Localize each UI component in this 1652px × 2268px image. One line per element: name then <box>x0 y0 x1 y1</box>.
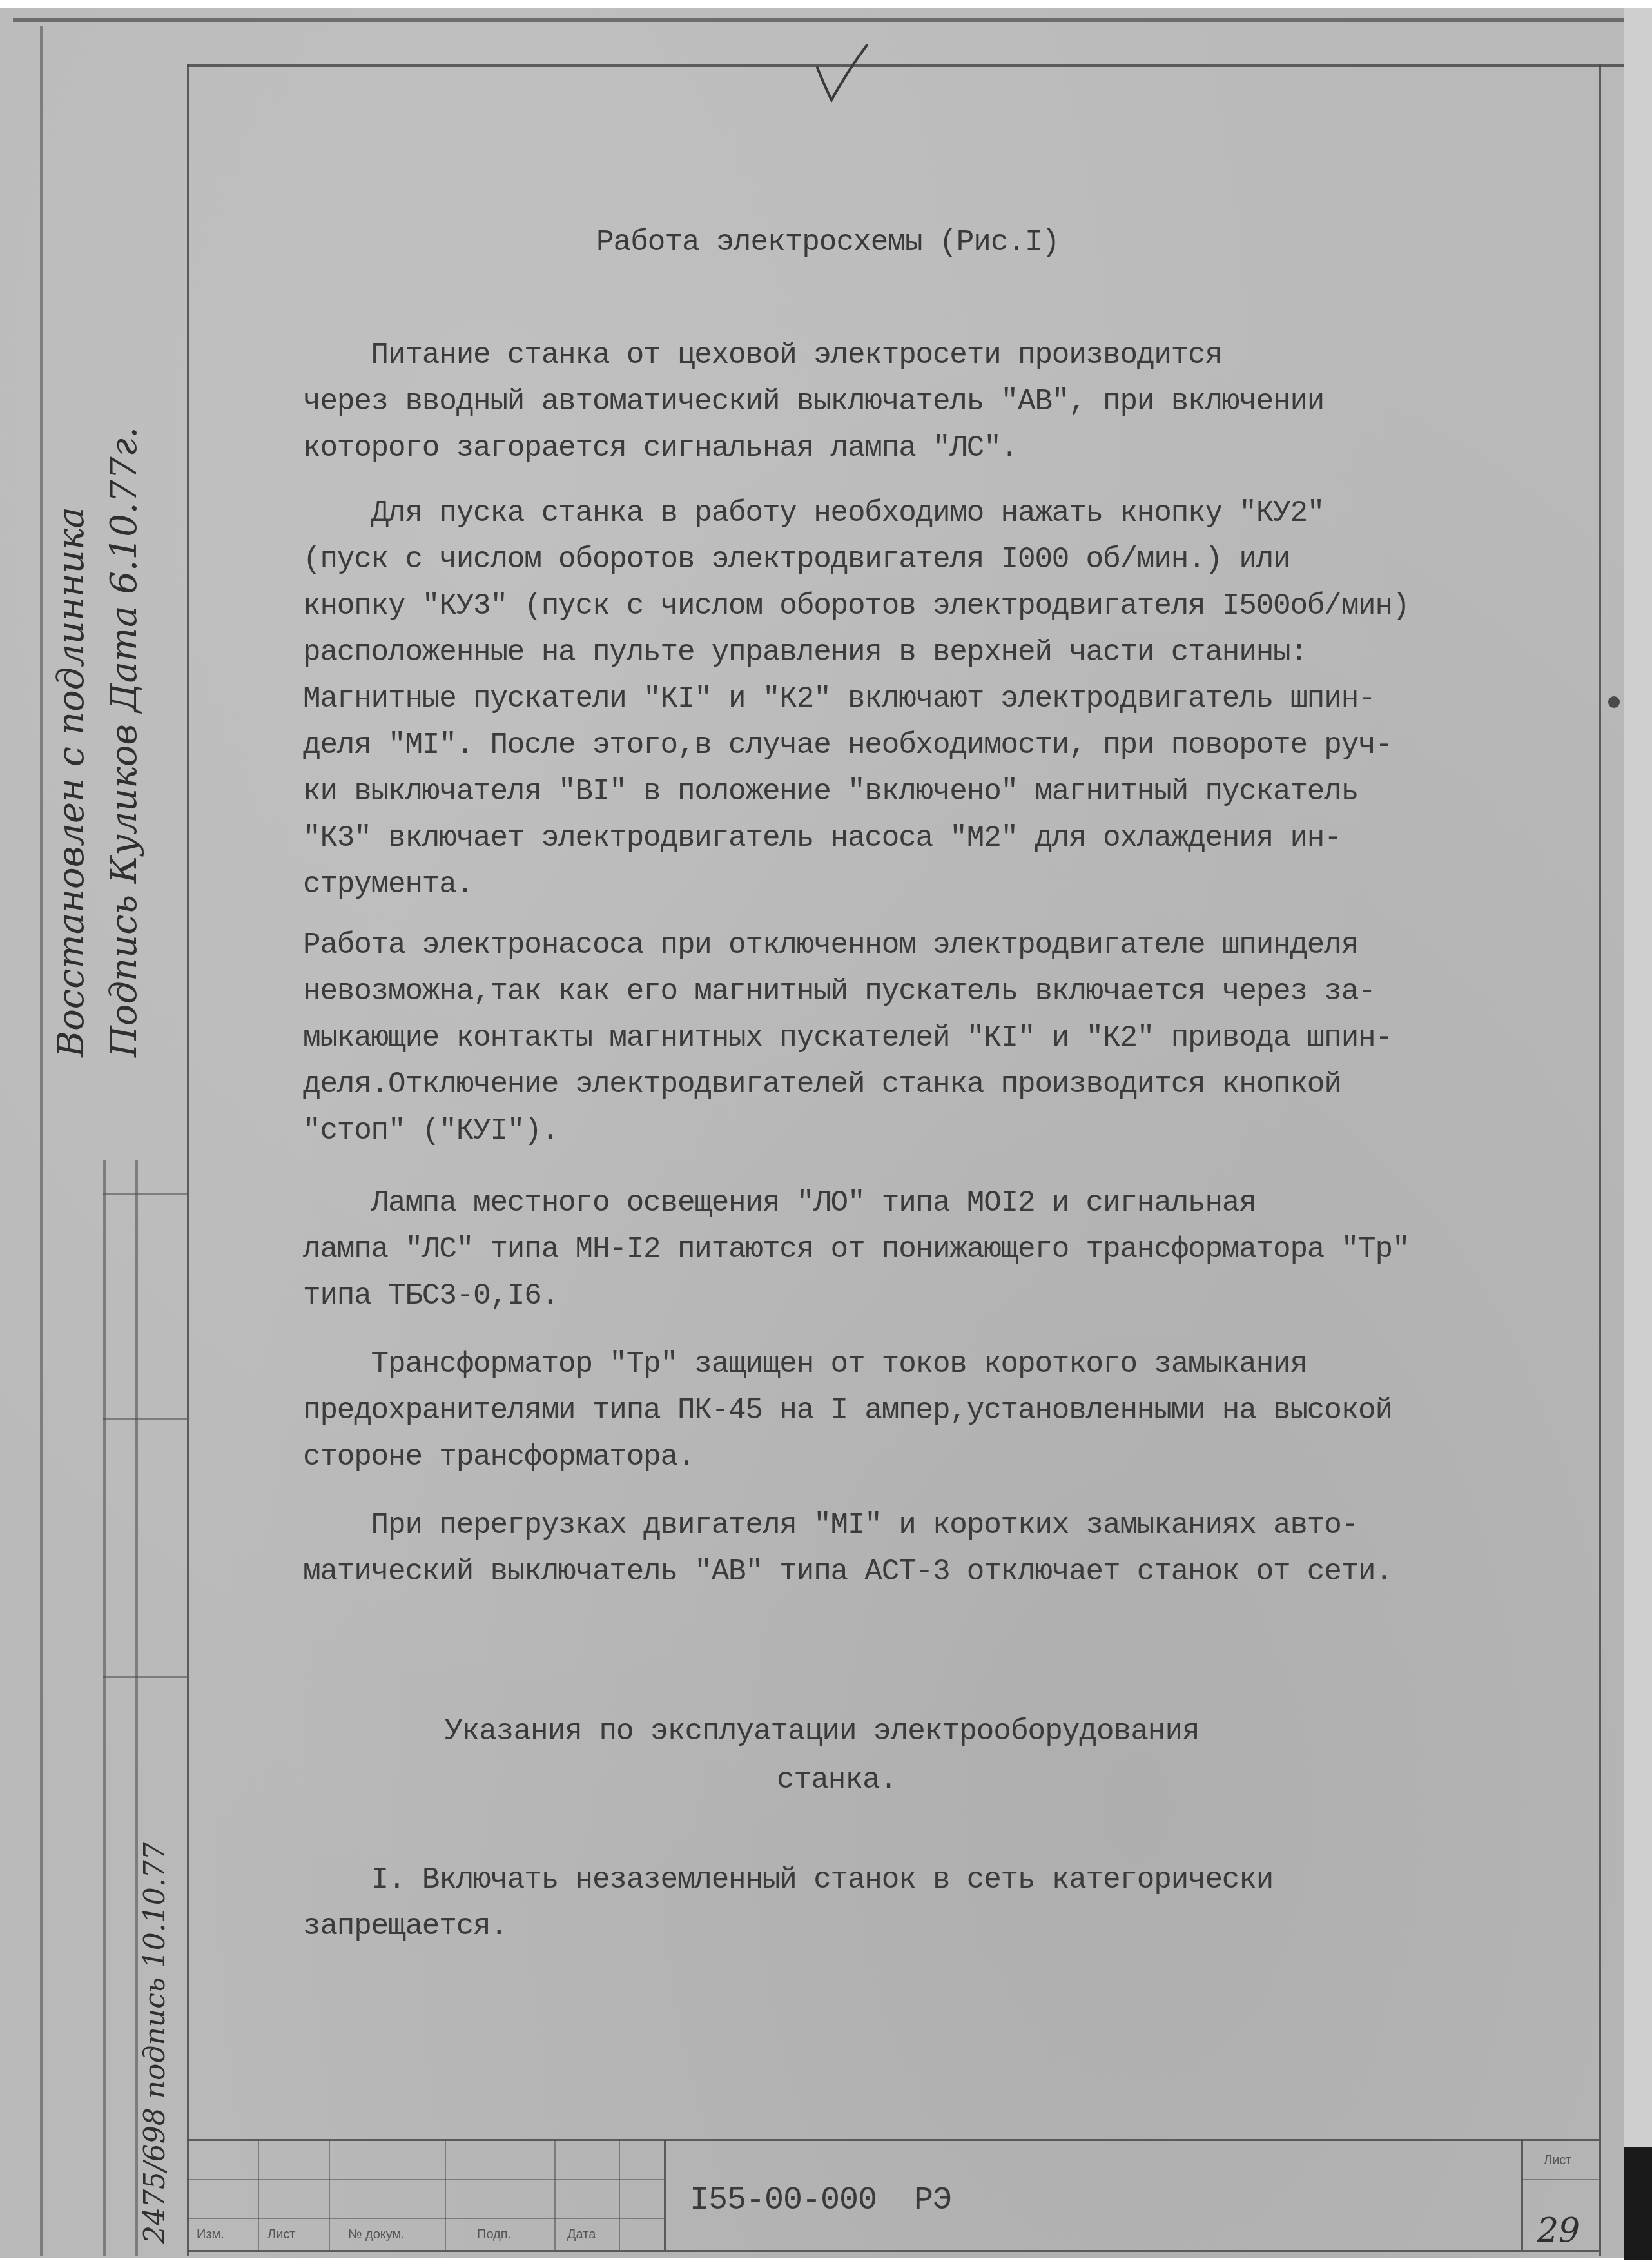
paragraph-start: Для пуска станка в работу необходимо наж… <box>303 490 1579 908</box>
margin-line-2 <box>103 1160 106 2256</box>
title-block-bottom-line <box>187 2250 1599 2252</box>
title-block-col-line <box>619 2140 620 2250</box>
section-heading-line1: Указания по эксплуатации электрооборудов… <box>445 1708 1200 1755</box>
frame-left-line <box>187 64 189 2256</box>
text-line: стороне трансформатора. <box>303 1434 1579 1480</box>
column-label-date: Дата <box>567 2227 596 2242</box>
text-line: предохранителями типа ПК-45 на I ампер,у… <box>303 1387 1579 1434</box>
text-line: I. Включать незаземленный станок в сеть … <box>303 1857 1579 1903</box>
text-line: (пуск с числом оборотов электродвигателя… <box>303 536 1579 583</box>
text-line: невозможна,так как его магнитный пускате… <box>303 968 1579 1015</box>
text-line: Работа электронасоса при отключенном эле… <box>303 922 1579 968</box>
paragraph-overload: При перегрузках двигателя "МI" и коротки… <box>303 1502 1579 1595</box>
title-block-col-line <box>664 2140 666 2250</box>
column-label-change: Изм. <box>197 2227 224 2242</box>
margin-cell-line <box>103 1676 187 1678</box>
sheet-label: Лист <box>1544 2153 1571 2168</box>
text-line: "К3" включает электродвигатель насоса "М… <box>303 815 1579 861</box>
text-line: мыкающие контакты магнитных пускателей "… <box>303 1015 1579 1061</box>
margin-line-1 <box>40 26 43 2256</box>
column-label-doc-number: № докум. <box>348 2227 405 2242</box>
section-heading-line2: станка. <box>777 1757 897 1803</box>
title-block-col-line <box>258 2140 259 2250</box>
text-line: через вводный автоматический выключатель… <box>303 378 1579 425</box>
restored-note: Восстановлен с подлинника <box>50 507 92 1057</box>
paragraph-transformer: Трансформатор "Тр" защищен от токов коро… <box>303 1341 1579 1480</box>
title-block-col-line <box>554 2140 556 2250</box>
text-line: матический выключатель "АВ" типа АСТ-3 о… <box>303 1549 1579 1595</box>
margin-cell-line <box>103 1418 187 1420</box>
checkmark-icon <box>812 39 877 110</box>
page-edge-shadow <box>1624 2147 1652 2260</box>
text-line: запрещается. <box>303 1903 1579 1950</box>
page-edge <box>1624 8 1652 2147</box>
column-label-signature: Подп. <box>477 2227 511 2242</box>
title-block-col-line <box>1521 2140 1523 2250</box>
top-edge-line <box>13 18 1624 22</box>
text-line: "стоп" ("КУI"). <box>303 1108 1579 1154</box>
text-line: Магнитные пускатели "КI" и "К2" включают… <box>303 676 1579 722</box>
text-line: Для пуска станка в работу необходимо наж… <box>303 490 1579 536</box>
page-title: Работа электросхемы (Рис.I) <box>596 219 1059 266</box>
text-line: лампа "ЛС" типа МН-I2 питаются от понижа… <box>303 1226 1579 1273</box>
text-line: Лампа местного освещения "ЛО" типа МОI2 … <box>303 1180 1579 1226</box>
paragraph-power: Питание станка от цеховой электросети пр… <box>303 332 1579 471</box>
text-line: расположенные на пульте управления в вер… <box>303 629 1579 676</box>
text-line: типа ТБС3-0,I6. <box>303 1273 1579 1319</box>
punch-dot <box>1608 696 1620 708</box>
title-block-row-line <box>1521 2179 1599 2180</box>
text-line: ки выключателя "ВI" в положение "включен… <box>303 768 1579 815</box>
document-code: I55-00-000 РЭ <box>690 2178 951 2224</box>
text-line: деля.Отключение электродвигателей станка… <box>303 1061 1579 1108</box>
frame-top-line <box>187 64 1624 67</box>
paragraph-pump: Работа электронасоса при отключенном эле… <box>303 922 1579 1154</box>
title-block-col-line <box>329 2140 330 2250</box>
paragraph-lamps: Лампа местного освещения "ЛО" типа МОI2 … <box>303 1180 1579 1319</box>
text-line: деля "МI". После этого,в случае необходи… <box>303 722 1579 768</box>
frame-right-line <box>1599 64 1601 2256</box>
text-line: Трансформатор "Тр" защищен от токов коро… <box>303 1341 1579 1387</box>
text-line: При перегрузках двигателя "МI" и коротки… <box>303 1502 1579 1549</box>
title-block-top-line <box>187 2139 1599 2141</box>
sheet-number: 29 <box>1537 2211 1580 2250</box>
text-line: кнопку "КУ3" (пуск с числом оборотов эле… <box>303 583 1579 629</box>
text-line: которого загорается сигнальная лампа "ЛС… <box>303 425 1579 471</box>
margin-cell-line <box>103 1193 187 1195</box>
archive-note: 2475/698 подпись 10.10.77 <box>139 1842 171 2244</box>
instruction-item-1: I. Включать незаземленный станок в сеть … <box>303 1857 1579 1950</box>
margin-line-3 <box>135 1160 138 2256</box>
text-line: струмента. <box>303 861 1579 908</box>
column-label-sheet: Лист <box>267 2227 295 2242</box>
text-line: Питание станка от цеховой электросети пр… <box>303 332 1579 378</box>
signature-date-note: Подпись Куликов Дата 6.10.77г. <box>103 427 145 1057</box>
title-block-col-line <box>445 2140 446 2250</box>
